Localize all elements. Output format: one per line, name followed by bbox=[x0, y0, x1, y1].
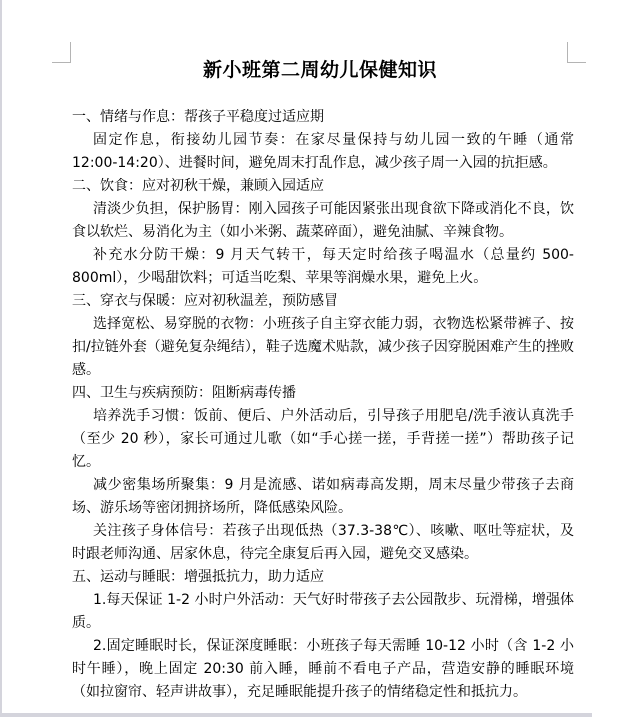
document-paragraph[interactable]: 关注孩子身体信号：若孩子出现低热（37.3-38℃）、咳嗽、呕吐等症状，及时跟老… bbox=[72, 520, 574, 566]
margin-mark-top-left-vertical bbox=[70, 42, 71, 63]
page-edge-left bbox=[0, 0, 2, 717]
document-paragraph[interactable]: 减少密集场所聚集：9 月是流感、诺如病毒高发期，周末尽量少带孩子去商场、游乐场等… bbox=[72, 474, 574, 520]
document-heading[interactable]: 五、运动与睡眠：增强抵抗力，助力适应 bbox=[72, 566, 574, 589]
document-heading[interactable]: 一、情绪与作息：帮孩子平稳度过适应期 bbox=[72, 106, 574, 129]
document-paragraph[interactable]: 1.每天保证 1-2 小时户外活动：天气好时带孩子去公园散步、玩滑梯，增强体质。 bbox=[72, 589, 574, 635]
margin-mark-top-left-horizontal bbox=[52, 62, 71, 63]
document-heading[interactable]: 二、饮食：应对初秋干燥，兼顾入园适应 bbox=[72, 175, 574, 198]
document-paragraph[interactable]: 清淡少负担，保护肠胃：刚入园孩子可能因紧张出现食欲下降或消化不良，饮食以软烂、易… bbox=[72, 198, 574, 244]
document-paragraph[interactable]: 选择宽松、易穿脱的衣物：小班孩子自主穿衣能力弱，衣物选松紧带裤子、按扣/拉链外套… bbox=[72, 313, 574, 382]
document-page: { "page": { "background": "#ffffff", "te… bbox=[0, 0, 623, 717]
document-heading[interactable]: 三、穿衣与保暖：应对初秋温差，预防感冒 bbox=[72, 290, 574, 313]
document-paragraph[interactable]: 2.固定睡眠时长，保证深度睡眠：小班孩子每天需睡 10-12 小时（含 1-2 … bbox=[72, 635, 574, 704]
document-paragraph[interactable]: 补充水分防干燥：9 月天气转干，每天定时给孩子喝温水（总量约 500-800ml… bbox=[72, 244, 574, 290]
document-paragraph[interactable]: 固定作息，衔接幼儿园节奏：在家尽量保持与幼儿园一致的午睡（通常 12:00-14… bbox=[72, 129, 574, 175]
page-edge-bottom bbox=[0, 713, 592, 717]
document-body[interactable]: 一、情绪与作息：帮孩子平稳度过适应期固定作息，衔接幼儿园节奏：在家尽量保持与幼儿… bbox=[72, 106, 574, 704]
document-title[interactable]: 新小班第二周幼儿保健知识 bbox=[72, 58, 568, 83]
margin-mark-top-right-horizontal bbox=[567, 62, 586, 63]
document-paragraph[interactable]: 培养洗手习惯：饭前、便后、户外活动后，引导孩子用肥皂/洗手液认真洗手（至少 20… bbox=[72, 405, 574, 474]
document-heading[interactable]: 四、卫生与疾病预防：阻断病毒传播 bbox=[72, 382, 574, 405]
